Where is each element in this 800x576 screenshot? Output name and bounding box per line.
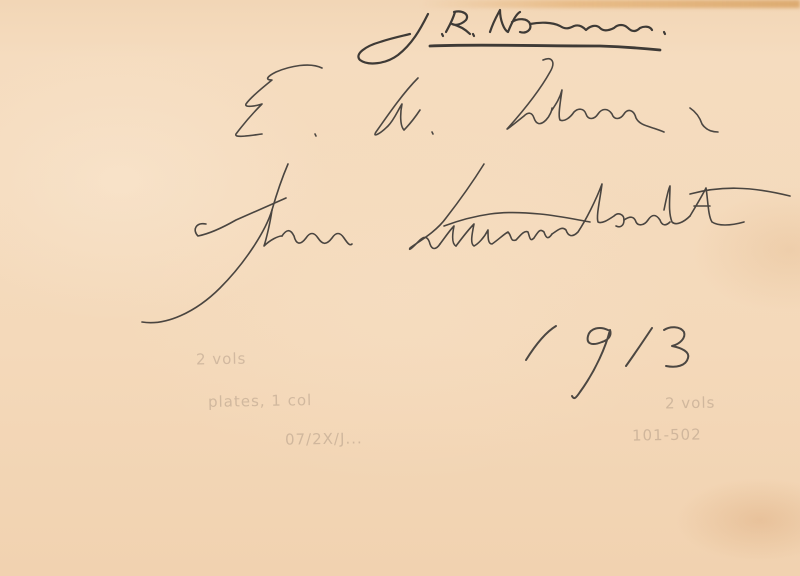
pencil-note-code: 07/2X/J... — [285, 429, 363, 448]
pencil-note-vols-left: 2 vols — [196, 350, 247, 369]
pencil-note-plates: plates, 1 col — [208, 391, 313, 411]
pencil-note-vols-right: 2 vols — [665, 394, 716, 413]
paper-stain-edge — [420, 0, 800, 8]
recipient-name-text: E. W. Nelson — [260, 96, 337, 110]
gift-line-text: from Kathleen Heathcote — [200, 210, 354, 224]
aged-paper-page — [0, 0, 800, 576]
year-text: 1913 — [540, 340, 571, 354]
owner-signature-text: J. R. Norman. — [440, 14, 522, 28]
pencil-note-pages: 101-502 — [632, 425, 702, 444]
